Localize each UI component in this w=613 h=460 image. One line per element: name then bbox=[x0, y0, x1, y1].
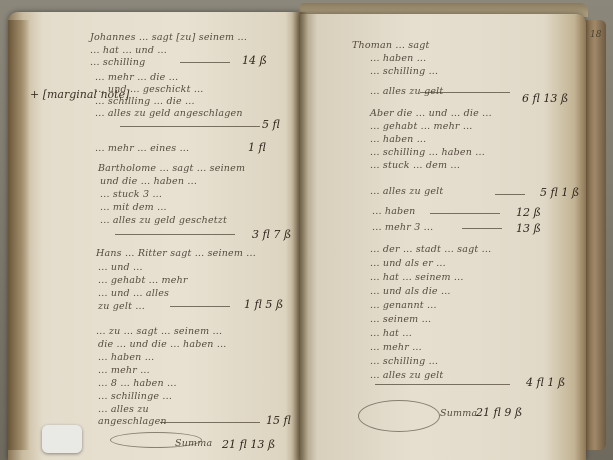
entry-line: ... mehr ... die ... bbox=[95, 72, 178, 83]
entry-line: ... hat ... und ... bbox=[90, 45, 167, 56]
entry-total: 4 fl 1 ß bbox=[526, 376, 565, 389]
entry-line: ... 8 ... haben ... bbox=[98, 378, 177, 389]
entry-total: 1 fl 5 ß bbox=[244, 298, 283, 311]
white-clip-tab bbox=[42, 425, 82, 453]
entry-line: ... mit dem ... bbox=[100, 202, 167, 213]
entry-line: angeschlagen bbox=[98, 416, 167, 427]
entry-line: ... mehr ... bbox=[98, 365, 150, 376]
book-fore-edge bbox=[584, 20, 606, 450]
entry-line: ... alles zu geld geschetzt bbox=[100, 215, 227, 226]
entry-line: ... haben ... bbox=[98, 352, 154, 363]
entry-line: zu gelt ... bbox=[98, 301, 145, 312]
entry-line: ... mehr ... eines ... bbox=[95, 143, 189, 154]
entry-line: ... alles zu geld angeschlagen bbox=[95, 108, 243, 119]
summa-total: 21 fl 9 ß bbox=[476, 406, 522, 419]
entry-line: ... hat ... seinem ... bbox=[370, 272, 464, 283]
entry-line: ... zu ... sagt ... seinem ... bbox=[96, 326, 222, 337]
entry-line: ... und ... geschickt ... bbox=[95, 84, 204, 95]
entry-total: 15 fl bbox=[266, 414, 291, 427]
entry-line: ... seinem ... bbox=[370, 314, 431, 325]
entry-total: 13 ß bbox=[516, 222, 541, 235]
entry-line: Bartholome ... sagt ... seinem bbox=[98, 163, 245, 174]
entry-line: ... alles zu gelt bbox=[370, 186, 443, 197]
entry-line: ... gehabt ... mehr bbox=[98, 275, 188, 286]
entry-line: ... schilling ... bbox=[370, 66, 438, 77]
entry-line: ... und ... alles bbox=[98, 288, 169, 299]
entry-total: 6 fl 13 ß bbox=[522, 92, 568, 105]
entry-line: ... alles zu bbox=[98, 404, 149, 415]
entry-line: Hans ... Ritter sagt ... seinem ... bbox=[96, 248, 256, 259]
entry-line: ... haben ... bbox=[370, 134, 426, 145]
entry-line: die ... und die ... haben ... bbox=[98, 339, 227, 350]
entry-line: ... hat ... bbox=[370, 328, 412, 339]
entry-line: und die ... haben ... bbox=[100, 176, 197, 187]
entry-line: ... und als er ... bbox=[370, 258, 446, 269]
entry-total: 12 ß bbox=[516, 206, 541, 219]
entry-line: ... schilling ... bbox=[370, 356, 438, 367]
left-edge-stain bbox=[8, 20, 30, 450]
summa-label: Summa bbox=[440, 408, 477, 419]
entry-line: ... haben bbox=[372, 206, 415, 217]
entry-line: Aber die ... und ... die ... bbox=[370, 108, 492, 119]
entry-total: 1 fl bbox=[248, 141, 266, 154]
entry-line: ... schilling ... die ... bbox=[95, 96, 195, 107]
entry-line: ... und ... bbox=[98, 262, 143, 273]
summa-total: 21 fl 13 ß bbox=[222, 438, 275, 451]
summa-label: Summa bbox=[175, 438, 212, 449]
entry-line: ... haben ... bbox=[370, 53, 426, 64]
entry-line: ... alles zu gelt bbox=[370, 370, 443, 381]
right-page bbox=[300, 14, 586, 460]
entry-line: ... schilling ... haben ... bbox=[370, 147, 485, 158]
book-gutter bbox=[292, 12, 308, 460]
entry-line: ... und als die ... bbox=[370, 286, 451, 297]
entry-line: ... der ... stadt ... sagt ... bbox=[370, 244, 491, 255]
entry-line: ... stuck ... dem ... bbox=[370, 160, 460, 171]
entry-total: 14 ß bbox=[242, 54, 267, 67]
folio-number: 18 bbox=[590, 30, 601, 40]
entry-line: ... mehr ... bbox=[370, 342, 422, 353]
entry-total: 5 fl 1 ß bbox=[540, 186, 579, 199]
entry-total: 3 fl 7 ß bbox=[252, 228, 291, 241]
entry-line: ... genannt ... bbox=[370, 300, 437, 311]
entry-line: ... mehr 3 ... bbox=[372, 222, 433, 233]
entry-line: ... stuck 3 ... bbox=[100, 189, 162, 200]
entry-line: ... schilling bbox=[90, 57, 145, 68]
entry-line: Thoman ... sagt bbox=[352, 40, 430, 51]
entry-line: Johannes ... sagt [zu] seinem ... bbox=[90, 32, 247, 43]
entry-line: ... schillinge ... bbox=[98, 391, 172, 402]
entry-total: 5 fl bbox=[262, 118, 280, 131]
entry-line: ... gehabt ... mehr ... bbox=[370, 121, 473, 132]
